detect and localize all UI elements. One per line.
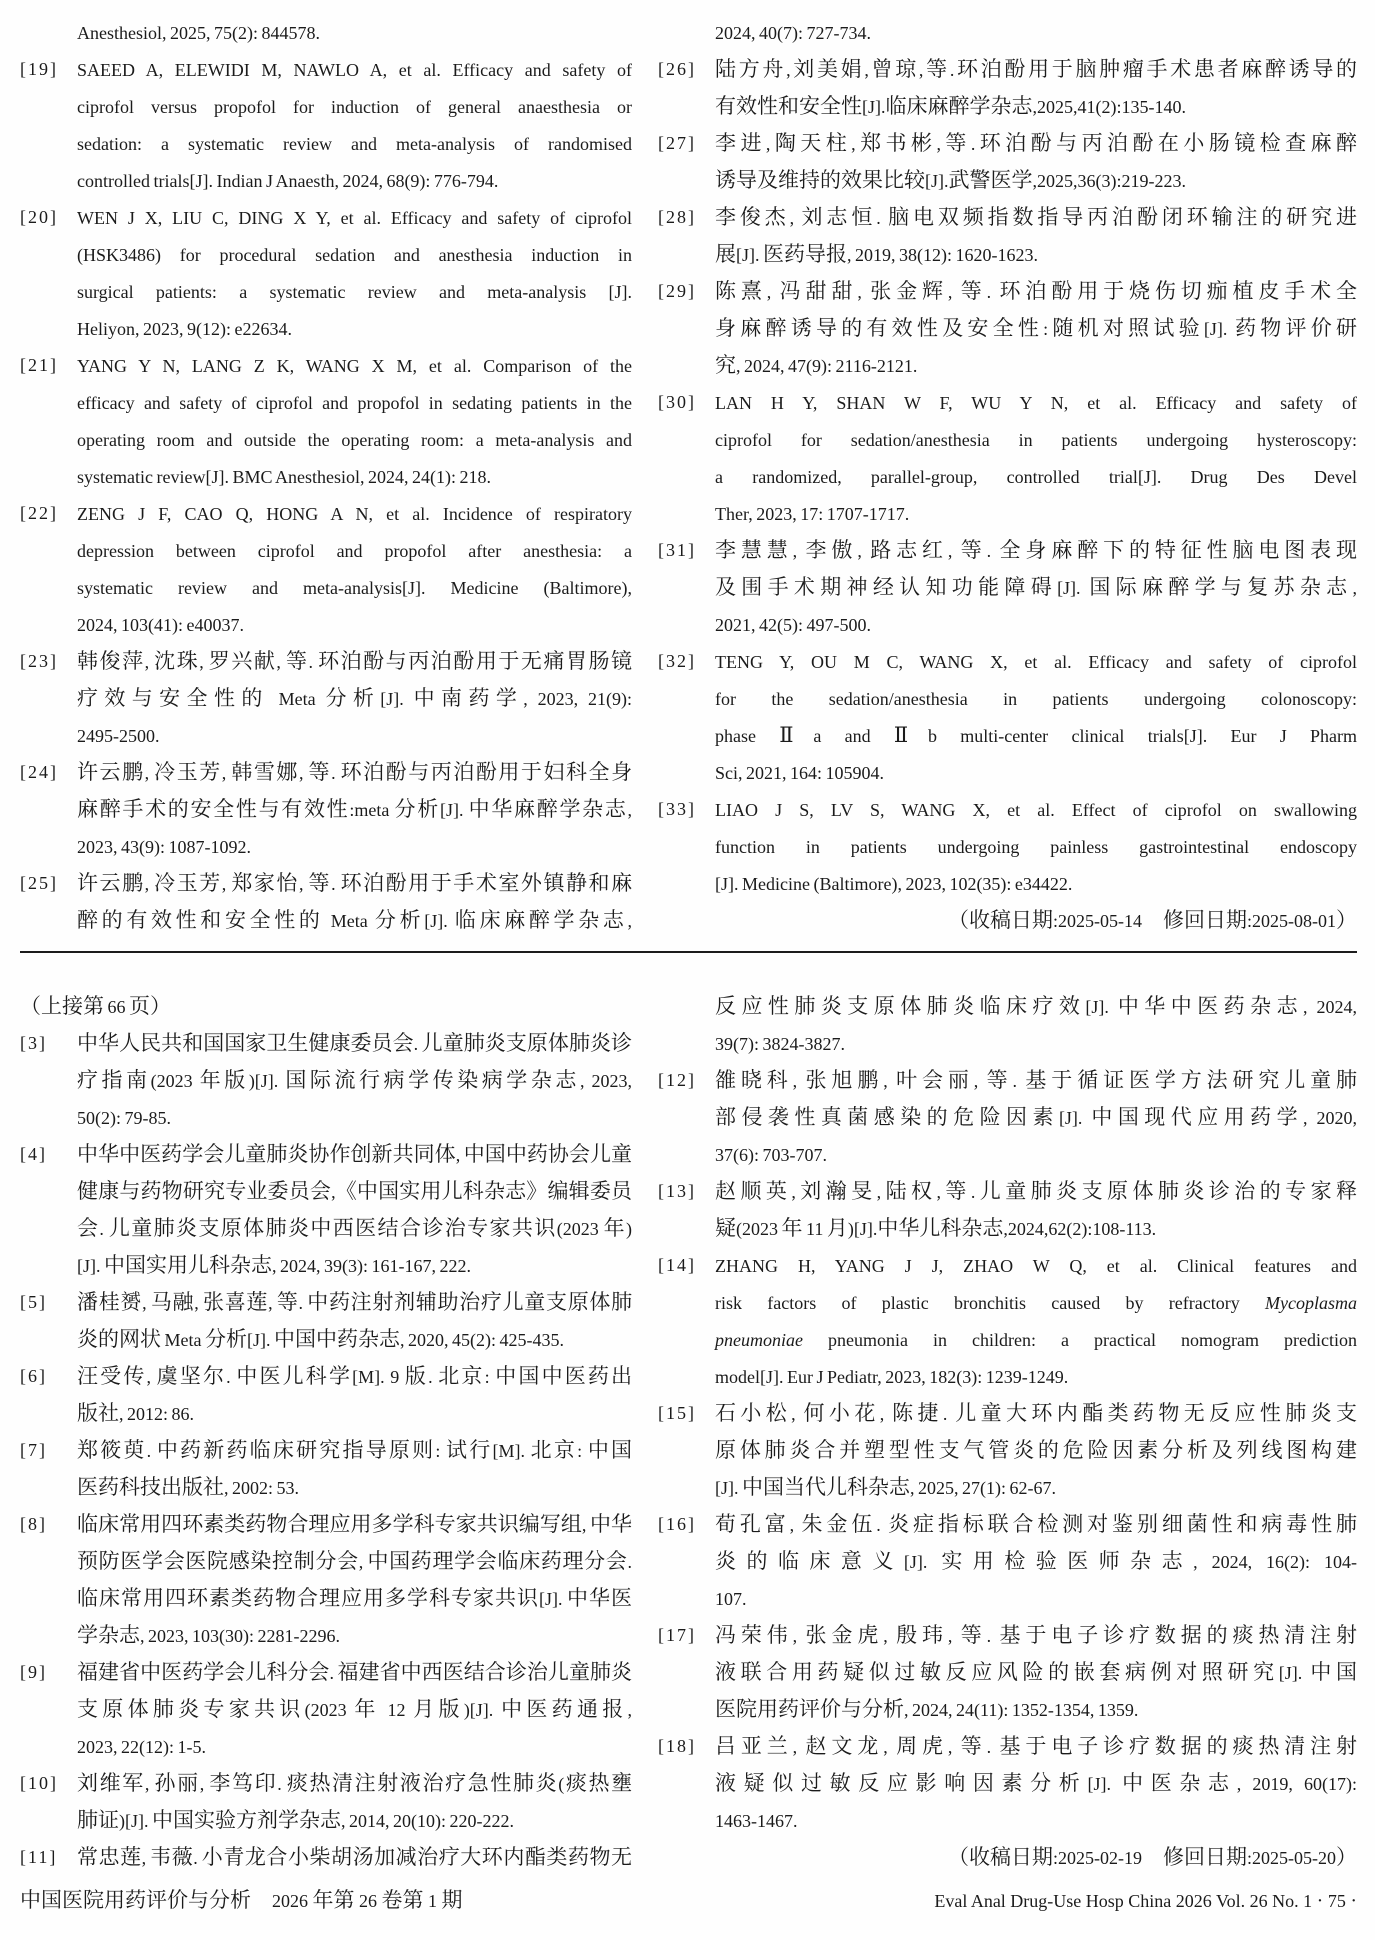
latin-text-run: :2025-02-19 (1053, 1848, 1142, 1868)
reference-continuation-line: risk factors of plastic bronchitis cause… (658, 1284, 1357, 1321)
latin-text-run: , (146, 1367, 156, 1387)
latin-text-run: . (299, 1293, 308, 1313)
reference-entry-line: [28]李俊杰, 刘志恒. 脑电双频指数指导丙泊酚闭环输注的研究进 (658, 199, 1357, 236)
latin-text-run: , (145, 874, 155, 894)
reference-entry-line: [32]TENG Y, OU M C, WANG X, et al. Effic… (658, 643, 1357, 680)
latin-text-run: 75 (1323, 1891, 1350, 1911)
latin-text-run: Meta (324, 911, 375, 931)
latin-text-run: . (277, 1774, 287, 1794)
reference-continuation-line: 麻醉手术的安全性与有效性:meta 分析[J]. 中华麻醉学杂志, (20, 791, 632, 828)
latin-text-run: , 2024, (1303, 997, 1357, 1017)
reference-continuation-line: 支原体肺炎专家共识(2023 年 12 月版)[J]. 中医药通报, (20, 1691, 632, 1728)
latin-text-run: Mycoplasma (1265, 1293, 1357, 1313)
latin-text-run: , (857, 282, 870, 302)
latin-text-run: , (974, 1071, 987, 1091)
latin-text-run: ,2025,36(3):219-223. (1033, 171, 1186, 191)
reference-continuation-line: efficacy and safety of ciprofol and prop… (20, 384, 632, 421)
reference-continuation-line: function in patients undergoing painless… (658, 828, 1357, 865)
latin-text-run: ciprofol versus propofol for induction o… (77, 97, 632, 117)
journal-references-page: Anesthesiol, 2025, 75(2): 844578.[19]SAE… (0, 0, 1375, 1940)
reference-number: [21] (20, 347, 58, 384)
reference-continuation-line: [J]. 中国当代儿科杂志, 2025, 27(1): 62-67. (658, 1469, 1357, 1506)
reference-continuation-line: sedation: a systematic review and meta-a… (20, 125, 632, 162)
latin-text-run: . (987, 1737, 1000, 1757)
latin-text-run: Anesthesiol, 2025, 75(2): 844578. (77, 23, 320, 43)
latin-text-run: , 2019, 38(12): 1620-1623. (847, 245, 1038, 265)
reference-continuation-line: (HSK3486) for procedural sedation and an… (20, 236, 632, 273)
latin-text-run: 2024, 40(7): 727-734. (715, 23, 871, 43)
latin-text-run: 2023, 43(9): 1087-1092. (77, 837, 251, 857)
latin-text-run: ciprofol for sedation/anesthesia in pati… (715, 430, 1357, 450)
reference-entry-line: [18]吕亚兰, 赵文龙, 周虎, 等. 基于电子诊疗数据的痰热清注射 (658, 1728, 1357, 1765)
latin-text-run: SAEED A, ELEWIDI M, NAWLO A, et al. Effi… (77, 60, 632, 80)
reference-continuation-line: Heliyon, 2023, 9(12): e22634. (20, 310, 632, 347)
latin-text-run: , (857, 541, 870, 561)
reference-continuation-line: 2023, 43(9): 1087-1092. (20, 828, 632, 865)
latin-text-run: 11 (803, 1219, 827, 1239)
latin-text-run: pneumonia in children: a practical nomog… (803, 1330, 1357, 1350)
reference-number: [12] (658, 1062, 696, 1099)
latin-text-run: ZENG J F, CAO Q, HONG A N, et al. Incide… (77, 504, 632, 524)
reference-continuation-line: depression between ciprofol and propofol… (20, 532, 632, 569)
latin-text-run: , (883, 1737, 896, 1757)
latin-text-run: [J]. (424, 911, 455, 931)
latin-text-run: , 2023, (580, 1071, 632, 1091)
latin-text-run: , (200, 1774, 210, 1794)
reference-number: [8] (20, 1506, 47, 1543)
reference-number: [4] (20, 1136, 47, 1173)
latin-text-run: for the sedation/anesthesia in patients … (715, 689, 1357, 709)
reference-entry-line: [14]ZHANG H, YANG J J, ZHAO W Q, et al. … (658, 1247, 1357, 1284)
reference-entry-line: [7]郑筱萸. 中药新药临床研究指导原则: 试行[M]. 北京: 中国 (20, 1432, 632, 1469)
latin-text-run: 2023, 22(12): 1-5. (77, 1737, 206, 1757)
reference-continuation-line: 50(2): 79-85. (20, 1099, 632, 1136)
reference-number: [23] (20, 643, 58, 680)
reference-continuation-line: 有效性和安全性[J].临床麻醉学杂志,2025,41(2):135-140. (658, 88, 1357, 125)
latin-text-run: LIAO J S, LV S, WANG X, et al. Effect of… (715, 800, 1357, 820)
latin-text-run: , 2020, (1303, 1108, 1357, 1128)
reference-continuation-line: 炎的网状 Meta 分析[J]. 中国中药杂志, 2020, 45(2): 42… (20, 1321, 632, 1358)
reference-continuation-line: operating room and outside the operating… (20, 421, 632, 458)
reference-entry-line: [12]雒晓科, 张旭鹏, 叶会丽, 等. 基于循证医学方法研究儿童肺 (658, 1062, 1357, 1099)
latin-text-run: [M]. (492, 1441, 530, 1461)
latin-text-run: LAN H Y, SHAN W F, WU Y N, et al. Effica… (715, 393, 1357, 413)
reference-number: [18] (658, 1728, 696, 1765)
latin-text-run: [J]. Medicine (Baltimore), 2023, 102(35)… (715, 874, 1072, 894)
latin-text-run: [J]. (862, 97, 886, 117)
reference-entry-line: [31]李慧慧, 李傲, 路志红, 等. 全身麻醉下的特征性脑电图表现 (658, 532, 1357, 569)
latin-text-run: . (428, 1367, 438, 1387)
latin-text-run: , (791, 1404, 803, 1424)
latin-text-run: :2025-08-01 (1247, 911, 1336, 931)
reference-continuation-line: phase Ⅱa and Ⅱb multi-center clinical tr… (658, 717, 1357, 754)
latin-text-run: , (222, 874, 232, 894)
latin-text-run: , (766, 134, 771, 154)
latin-text-run: , (793, 1737, 806, 1757)
latin-text-run: , (793, 1626, 806, 1646)
reference-number: [17] (658, 1617, 696, 1654)
reference-continuation-line: surgical patients: a systematic review a… (20, 273, 632, 310)
latin-text-run: [J]. (736, 245, 763, 265)
latin-text-run: efficacy and safety of ciprofol and prop… (77, 393, 632, 413)
latin-text-run: [J]. (1279, 1663, 1311, 1683)
latin-text-run: Meta (269, 689, 326, 709)
reference-entry-line: [29]陈熹, 冯甜甜, 张金辉, 等. 环泊酚用于烧伤切痂植皮手术全 (658, 273, 1357, 310)
latin-text-run: )[J]. (848, 1219, 878, 1239)
latin-text-run: , (142, 1848, 151, 1868)
reference-continuation-line: 炎的临床意义[J]. 实用检验医师杂志, 2024, 16(2): 104- (658, 1543, 1357, 1580)
latin-text-run: :2025-05-14 (1053, 911, 1142, 931)
latin-text-run: [J]. (715, 1478, 742, 1498)
latin-text-run: 1463-1467. (715, 1811, 798, 1831)
latin-text-run: , (268, 1293, 277, 1313)
latin-text-run: . (971, 134, 976, 154)
latin-text-run: . (943, 1404, 955, 1424)
latin-text-run: [J]. (380, 689, 413, 709)
reference-number: [33] (658, 791, 696, 828)
latin-text-run: , (276, 652, 286, 672)
reference-entry-line: [4]中华中医药学会儿童肺炎协作创新共同体, 中国中药协会儿童 (20, 1136, 632, 1173)
footer-journal-title-cn: 中国医院用药评价与分析 2026 年第 26 卷第 1 期 (20, 1884, 463, 1914)
reference-number: [24] (20, 754, 58, 791)
latin-text-run: (2023 (557, 1219, 604, 1239)
reference-continuation-line: 医院用药评价与分析, 2024, 24(11): 1352-1354, 1359… (658, 1691, 1357, 1728)
latin-text-run: operating room and outside the operating… (77, 430, 632, 450)
latin-text-run: Eval Anal Drug-Use Hosp China 2026 Vol. … (934, 1891, 1316, 1911)
latin-text-run: . (1013, 1071, 1026, 1091)
latin-text-run: . (331, 763, 341, 783)
reference-entry-line: [16]荀孔富, 朱金伍. 炎症指标联合检测对鉴别细菌性和病毒性肺 (658, 1506, 1357, 1543)
reference-number: [15] (658, 1395, 696, 1432)
latin-text-run: a and (813, 726, 894, 746)
reference-number: [20] (20, 199, 58, 236)
latin-text-run: , (948, 282, 961, 302)
reference-continuation-line: controlled trials[J]. Indian J Anaesth, … (20, 162, 632, 199)
latin-text-run: WEN J X, LIU C, DING X Y, et al. Efficac… (77, 208, 632, 228)
reference-entry-line: [9]福建省中医药学会儿科分会. 福建省中西医结合诊治儿童肺炎 (20, 1654, 632, 1691)
reference-continuation-line: [J]. 中国实用儿科杂志, 2024, 39(3): 161-167, 222… (20, 1247, 632, 1284)
reference-entry-line: [15]石小松, 何小花, 陈捷. 儿童大环内酯类药物无反应性肺炎支 (658, 1395, 1357, 1432)
latin-text-run: , 2024, 24(11): 1352-1354, 1359. (904, 1700, 1138, 1720)
references-continued-block: （上接第 66 页）[3]中华人民共和国国家卫生健康委员会. 儿童肺炎支原体肺炎… (20, 988, 1357, 1876)
latin-text-run: systematic review and meta-analysis[J]. … (77, 578, 632, 598)
reference-number: [13] (658, 1173, 696, 1210)
latin-text-run: . (414, 1034, 422, 1054)
latin-text-run: , (767, 282, 780, 302)
reference-continuation-line: （收稿日期:2025-05-14 修回日期:2025-08-01） (658, 902, 1357, 939)
latin-text-run: pneumoniae (715, 1330, 803, 1350)
reference-entry-line: [26]陆方舟,刘美娟,曾琼,等.环泊酚用于脑肿瘤手术患者麻醉诱导的 (658, 51, 1357, 88)
latin-text-run: , (793, 541, 806, 561)
latin-text-run: , (851, 134, 856, 154)
latin-text-run: 37(6): 703-707. (715, 1145, 827, 1165)
latin-text-run: phase (715, 726, 779, 746)
latin-text-run: , (919, 60, 924, 80)
latin-text-run: , (883, 1626, 896, 1646)
latin-text-run: )[J]. (249, 1071, 286, 1091)
reference-continuation-line: 1463-1467. (658, 1802, 1357, 1839)
latin-text-run: (HSK3486) for procedural sedation and an… (77, 245, 632, 265)
latin-text-run: ZHANG H, YANG J J, ZHAO W Q, et al. Clin… (715, 1256, 1357, 1276)
latin-text-run: . (987, 1626, 1000, 1646)
reference-continuation-line: 107. (658, 1580, 1357, 1617)
footer-journal-title-en: Eval Anal Drug-Use Hosp China 2026 Vol. … (934, 1890, 1357, 1913)
latin-text-run: , (793, 1071, 806, 1091)
latin-text-run: , (359, 1552, 368, 1572)
latin-text-run: . (309, 652, 319, 672)
latin-text-run: , (145, 652, 155, 672)
reference-continuation-line: ciprofol versus propofol for induction o… (20, 88, 632, 125)
latin-text-run: . (628, 1552, 632, 1572)
reference-entry-line: [24]许云鹏, 冷玉芳, 韩雪娜, 等. 环泊酚与丙泊酚用于妇科全身 (20, 754, 632, 791)
latin-text-run: , (145, 763, 155, 783)
latin-text-run: , (864, 60, 869, 80)
latin-text-run: )[J]. (464, 1700, 501, 1720)
latin-text-run: 2021, 42(5): 497-500. (715, 615, 871, 635)
latin-text-run: [J]. (904, 1552, 941, 1572)
latin-text-run: , (877, 1182, 882, 1202)
latin-text-run: 2495-2500. (77, 726, 160, 746)
reference-number: [3] (20, 1025, 47, 1062)
references-top-left-column: Anesthesiol, 2025, 75(2): 844578.[19]SAE… (20, 14, 632, 939)
latin-text-run: controlled trials[J]. Indian J Anaesth, … (77, 171, 498, 191)
reference-continuation-line: Sci, 2021, 164: 105904. (658, 754, 1357, 791)
page-footer: 中国医院用药评价与分析 2026 年第 26 卷第 1 期 Eval Anal … (20, 1884, 1357, 1914)
latin-text-run: ) (626, 1219, 632, 1239)
latin-text-run: , 2025, 27(1): 62-67. (910, 1478, 1056, 1498)
latin-text-run: 1 (424, 1891, 442, 1911)
latin-text-run: , (936, 134, 941, 154)
latin-text-run: model[J]. Eur J Pediatr, 2023, 182(3): 1… (715, 1367, 1068, 1387)
latin-text-run: , 2012: 86. (119, 1404, 194, 1424)
latin-text-run: [J]. (1085, 997, 1117, 1017)
reference-continuation-line: 健康与药物研究专业委员会,《中国实用儿科杂志》编辑委员 (20, 1173, 632, 1210)
reference-continuation-line: 及围手术期神经认知功能障碍[J]. 国际麻醉学与复苏杂志, (658, 569, 1357, 606)
latin-text-run: , (786, 60, 791, 80)
latin-text-run: , 2024, 16(2): 104- (1193, 1552, 1357, 1572)
latin-text-run: [J]. (440, 800, 469, 820)
latin-text-run: , 2014, 20(10): 220-222. (341, 1811, 514, 1831)
latin-text-run: . (876, 208, 888, 228)
reference-continuation-line: 会. 儿童肺炎支原体肺炎中西医结合诊治专家共识(2023 年) (20, 1210, 632, 1247)
latin-text-run: [J]. (539, 1589, 567, 1609)
reference-entry-line: [30]LAN H Y, SHAN W F, WU Y N, et al. Ef… (658, 384, 1357, 421)
reference-continuation-line: 医药科技出版社, 2002: 53. (20, 1469, 632, 1506)
latin-text-run: : (1043, 319, 1048, 339)
article-divider-rule (20, 951, 1357, 953)
latin-text-run: , (1353, 578, 1358, 598)
latin-text-run: surgical patients: a systematic review a… (77, 282, 632, 302)
reference-continuation-line: 肺证)[J]. 中国实验方剂学杂志, 2014, 20(10): 220-222… (20, 1802, 632, 1839)
latin-text-run: Meta (161, 1330, 205, 1350)
latin-text-run: . (193, 1848, 202, 1868)
reference-continuation-line: 原体肺炎合并塑型性支气管炎的危险因素分析及列线图构建 (658, 1432, 1357, 1469)
latin-text-run: , 2024, 39(3): 161-167, 222. (272, 1256, 471, 1276)
reference-number: [26] (658, 51, 696, 88)
reference-continuation-line: 预防医学会医院感染控制分会, 中国药理学会临床药理分会. (20, 1543, 632, 1580)
latin-text-run: , (222, 763, 232, 783)
latin-text-run: , (628, 800, 632, 820)
latin-text-run: :2025-05-20 (1247, 1848, 1336, 1868)
latin-text-run: Heliyon, 2023, 9(12): e22634. (77, 319, 292, 339)
latin-text-run: )[J]. (119, 1811, 152, 1831)
latin-text-run: . (950, 60, 955, 80)
reference-continuation-line: a randomized, parallel-group, controlled… (658, 458, 1357, 495)
reference-continuation-line: 身麻醉诱导的有效性及安全性:随机对照试验[J]. 药物评价研 (658, 310, 1357, 347)
latin-text-run: 12 (380, 1700, 414, 1720)
latin-text-run: :meta (349, 800, 394, 820)
latin-text-run: , (299, 874, 309, 894)
latin-text-run: , 2024, 47(9): 2116-2121. (736, 356, 917, 376)
reference-continuation-line: 2023, 22(12): 1-5. (20, 1728, 632, 1765)
reference-continuation-line: （上接第 66 页） (20, 988, 632, 1025)
reference-entry-line: [5]潘桂赟, 马融, 张喜莲, 等. 中药注射剂辅助治疗儿童支原体肺 (20, 1284, 632, 1321)
latin-text-run: , 2002: 53. (224, 1478, 299, 1498)
reference-entry-line: [22]ZENG J F, CAO Q, HONG A N, et al. In… (20, 495, 632, 532)
latin-text-run: , 2023, 103(30): 2281-2296. (140, 1626, 340, 1646)
latin-text-run: , (194, 1293, 203, 1313)
reference-number: [22] (20, 495, 58, 532)
latin-text-run: 2024, 103(41): e40037. (77, 615, 244, 635)
reference-continuation-line: 展[J]. 医药导报, 2019, 38(12): 1620-1623. (658, 236, 1357, 273)
latin-text-run: systematic review[J]. BMC Anesthesiol, 2… (77, 467, 491, 487)
latin-text-run: , (145, 1774, 155, 1794)
latin-text-run: , (628, 1700, 632, 1720)
reference-entry-line: [11]常忠莲, 韦薇. 小青龙合小柴胡汤加减治疗大环内酯类药物无 (20, 1839, 632, 1876)
reference-continuation-line: Anesthesiol, 2025, 75(2): 844578. (20, 14, 632, 51)
latin-text-run: . (971, 1182, 976, 1202)
reference-continuation-line: 究, 2024, 47(9): 2116-2121. (658, 347, 1357, 384)
references-top-block: Anesthesiol, 2025, 75(2): 844578.[19]SAE… (20, 14, 1357, 939)
latin-text-run: (2023 (305, 1700, 355, 1720)
latin-text-run: Ther, 2023, 17: 1707-1717. (715, 504, 909, 524)
reference-continuation-line: 液疑似过敏反应影响因素分析[J]. 中医杂志, 2019, 60(17): (658, 1765, 1357, 1802)
reference-number: [27] (658, 125, 696, 162)
latin-text-run: depression between ciprofol and propofol… (77, 541, 632, 561)
reference-continuation-line: 2495-2500. (20, 717, 632, 754)
references-top-right-column: 2024, 40(7): 727-734.[26]陆方舟,刘美娟,曾琼,等.环泊… (658, 14, 1357, 939)
latin-text-run: sedation: a systematic review and meta-a… (77, 134, 632, 154)
reference-continuation-line: systematic review and meta-analysis[J]. … (20, 569, 632, 606)
reference-continuation-line: for the sedation/anesthesia in patients … (658, 680, 1357, 717)
reference-continuation-line: Ther, 2023, 17: 1707-1717. (658, 495, 1357, 532)
latin-text-run: [J]. (77, 1256, 104, 1276)
latin-text-run: : (485, 1367, 496, 1387)
reference-number: [32] (658, 643, 696, 680)
latin-text-run: . (331, 874, 341, 894)
latin-text-run: ,2025,41(2):135-140. (1033, 97, 1186, 117)
latin-text-run: [J]. (1057, 578, 1089, 598)
latin-text-run: , (948, 1626, 961, 1646)
reference-number: [30] (658, 384, 696, 421)
reference-entry-line: [33]LIAO J S, LV S, WANG X, et al. Effec… (658, 791, 1357, 828)
reference-continuation-line: 液联合用药疑似过敏反应风险的嵌套病例对照研究[J]. 中国 (658, 1654, 1357, 1691)
reference-entry-line: [6]汪受传, 虞坚尔. 中医儿科学[M]. 9 版. 北京: 中国中医药出 (20, 1358, 632, 1395)
reference-continuation-line: 诱导及维持的效果比较[J].武警医学,2025,36(3):219-223. (658, 162, 1357, 199)
latin-text-run: [M]. 9 (352, 1367, 405, 1387)
reference-entry-line: [21]YANG Y N, LANG Z K, WANG X M, et al.… (20, 347, 632, 384)
reference-number: [7] (20, 1432, 47, 1469)
reference-entry-line: [25]许云鹏, 冷玉芳, 郑家怡, 等. 环泊酚用于手术室外镇静和麻 (20, 865, 632, 902)
reference-number: [10] (20, 1765, 58, 1802)
reference-entry-line: [3]中华人民共和国国家卫生健康委员会. 儿童肺炎支原体肺炎诊 (20, 1025, 632, 1062)
latin-text-run: , (948, 1737, 961, 1757)
latin-text-run: [J]. (1087, 1774, 1122, 1794)
reference-continuation-line: systematic review[J]. BMC Anesthesiol, 2… (20, 458, 632, 495)
latin-text-run: [J]. (247, 1330, 274, 1350)
latin-text-run: , (880, 1404, 892, 1424)
reference-continuation-line: [J]. Medicine (Baltimore), 2023, 102(35)… (658, 865, 1357, 902)
reference-number: [16] (658, 1506, 696, 1543)
latin-text-run: 107. (715, 1589, 747, 1609)
latin-text-run: , (299, 763, 309, 783)
reference-continuation-line: 2021, 42(5): 497-500. (658, 606, 1357, 643)
latin-text-run: . (99, 1219, 108, 1239)
reference-entry-line: [27]李进,陶天柱,郑书彬,等.环泊酚与丙泊酚在小肠镜检查麻醉 (658, 125, 1357, 162)
latin-text-run: , 2020, 45(2): 425-435. (400, 1330, 564, 1350)
latin-text-run: , 2023, 21(9): (523, 689, 632, 709)
reference-continuation-line: ciprofol for sedation/anesthesia in pati… (658, 421, 1357, 458)
latin-text-run: , (331, 1182, 336, 1202)
latin-text-run: [J]. (1204, 319, 1235, 339)
latin-text-run: (2023 (736, 1219, 782, 1239)
reference-number: [28] (658, 199, 696, 236)
reference-continuation-line: model[J]. Eur J Pediatr, 2023, 182(3): 1… (658, 1358, 1357, 1395)
reference-number: [11] (20, 1839, 57, 1876)
references-bottom-right-column: 反应性肺炎支原体肺炎临床疗效[J]. 中华中医药杂志, 2024,39(7): … (658, 988, 1357, 1876)
latin-text-run: YANG Y N, LANG Z K, WANG X M, et al. Com… (77, 356, 632, 376)
reference-continuation-line: 醉的有效性和安全性的 Meta 分析[J]. 临床麻醉学杂志, (20, 902, 632, 939)
latin-text-run: , (790, 1515, 802, 1535)
reference-entry-line: [23]韩俊萍, 沈珠, 罗兴献, 等. 环泊酚与丙泊酚用于无痛胃肠镜 (20, 643, 632, 680)
reference-number: [6] (20, 1358, 47, 1395)
latin-text-run: risk factors of plastic bronchitis cause… (715, 1293, 1265, 1313)
reference-entry-line: [10]刘维军, 孙丽, 李笃印. 痰热清注射液治疗急性肺炎(痰热壅 (20, 1765, 632, 1802)
latin-text-run: , (199, 652, 209, 672)
reference-entry-line: [13]赵顺英,刘瀚旻,陆权,等.儿童肺炎支原体肺炎诊治的专家释 (658, 1173, 1357, 1210)
references-bottom-left-column: （上接第 66 页）[3]中华人民共和国国家卫生健康委员会. 儿童肺炎支原体肺炎… (20, 988, 632, 1876)
latin-text-run: 39(7): 3824-3827. (715, 1034, 845, 1054)
latin-text-run: , (790, 208, 802, 228)
latin-text-run: , (791, 1182, 796, 1202)
latin-text-run: 26 (355, 1891, 382, 1911)
latin-text-run: ,2024,62(2):108-113. (1003, 1219, 1156, 1239)
latin-text-run: ( (558, 1774, 564, 1794)
reference-continuation-line: （收稿日期:2025-02-19 修回日期:2025-05-20） (658, 1839, 1357, 1876)
latin-text-run: a randomized, parallel-group, controlled… (715, 467, 1357, 487)
latin-text-run: , (948, 541, 961, 561)
reference-number: [29] (658, 273, 696, 310)
reference-continuation-line: 2024, 103(41): e40037. (20, 606, 632, 643)
reference-continuation-line: 部侵袭性真菌感染的危险因素[J]. 中国现代应用药学, 2020, (658, 1099, 1357, 1136)
reference-continuation-line: 37(6): 703-707. (658, 1136, 1357, 1173)
latin-text-run: , (936, 1182, 941, 1202)
reference-number: [14] (658, 1247, 696, 1284)
latin-text-run: TENG Y, OU M C, WANG X, et al. Efficacy … (715, 652, 1357, 672)
reference-continuation-line: 反应性肺炎支原体肺炎临床疗效[J]. 中华中医药杂志, 2024, (658, 988, 1357, 1025)
latin-text-run: , 2019, 60(17): (1237, 1774, 1357, 1794)
latin-text-run: . (987, 282, 1000, 302)
latin-text-run: : (577, 1441, 588, 1461)
reference-entry-line: [8]临床常用四环素类药物合理应用多学科专家共识编写组, 中华 (20, 1506, 632, 1543)
latin-text-run: Sci, 2021, 164: 105904. (715, 763, 884, 783)
reference-entry-line: [17]冯荣伟, 张金虎, 殷玮, 等. 基于电子诊疗数据的痰热清注射 (658, 1617, 1357, 1654)
reference-continuation-line: 疗指南(2023 年版)[J]. 国际流行病学传染病学杂志, 2023, (20, 1062, 632, 1099)
latin-text-run: (2023 (151, 1071, 200, 1091)
reference-number: [5] (20, 1284, 47, 1321)
latin-text-run: 50(2): 79-85. (77, 1108, 171, 1128)
latin-text-run: [J]. (1059, 1108, 1091, 1128)
